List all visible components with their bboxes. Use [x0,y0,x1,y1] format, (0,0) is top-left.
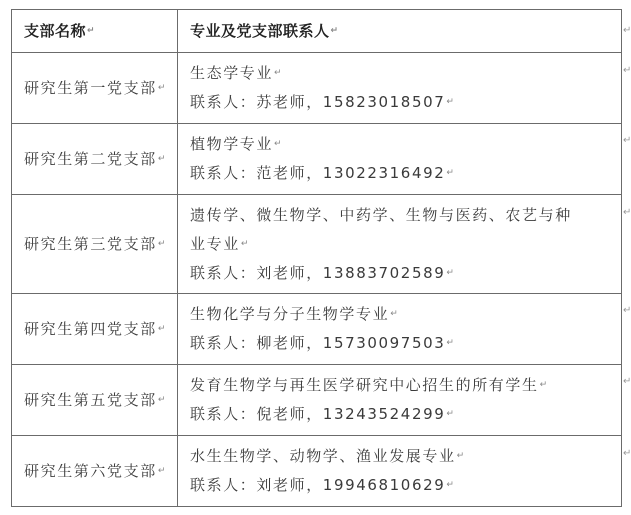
paragraph-mark-icon: ↵ [446,97,454,107]
paragraph-mark-icon: ↵ [446,409,454,419]
paragraph-mark-icon: ↵ [274,139,282,149]
majors-text: 植物学专业 [190,135,273,153]
header-branch-name: 支部名称↵ [12,10,178,53]
contact-line: 联系人：柳老师，15730097503↵ [190,329,615,358]
contact-text: 联系人：范老师，13022316492 [190,164,445,182]
paragraph-mark-icon: ↵ [331,26,339,36]
row-end-mark-icon: ↵ [623,26,631,36]
contact-line: 联系人：范老师，13022316492↵ [190,159,615,188]
paragraph-mark-icon: ↵ [446,168,454,178]
table-header-row: 支部名称↵ 专业及党支部联系人↵ [12,10,622,53]
contact-line: 联系人：刘老师，13883702589↵ [190,259,615,288]
majors-line: 水生生物学、动物学、渔业发展专业↵ [190,442,615,471]
contact-line: 联系人：倪老师，13243524299↵ [190,400,615,429]
row-end-mark-icon: ↵ [623,377,631,387]
paragraph-mark-icon: ↵ [446,338,454,348]
branch-name: 研究生第二党支部 [24,150,157,168]
majors-line: 发育生物学与再生医学研究中心招生的所有学生↵ [190,371,615,400]
branch-name-cell: 研究生第一党支部↵ [12,53,178,124]
paragraph-mark-icon: ↵ [274,68,282,78]
paragraph-mark-icon: ↵ [446,268,454,278]
header-branch-name-text: 支部名称 [24,22,86,40]
majors-text: 业专业 [190,235,240,253]
row-end-mark-icon: ↵ [623,66,631,76]
paragraph-mark-icon: ↵ [158,466,166,476]
paragraph-mark-icon: ↵ [241,239,249,249]
paragraph-mark-icon: ↵ [158,395,166,405]
branch-name: 研究生第一党支部 [24,79,157,97]
branch-name-cell: 研究生第五党支部↵ [12,365,178,436]
contact-text: 联系人：柳老师，15730097503 [190,334,445,352]
majors-line-1: 遗传学、微生物学、中药学、生物与医药、农艺与种 [190,201,615,230]
majors-text: 水生生物学、动物学、渔业发展专业 [190,447,456,465]
row-end-mark-icon: ↵ [623,449,631,459]
branch-contact-table: 支部名称↵ 专业及党支部联系人↵ 研究生第一党支部↵ 生态学专业↵ 联系人：苏老… [11,9,622,507]
paragraph-mark-icon: ↵ [158,324,166,334]
major-contact-cell: 生物化学与分子生物学专业↵ 联系人：柳老师，15730097503↵ [178,294,622,365]
major-contact-cell: 植物学专业↵ 联系人：范老师，13022316492↵ [178,124,622,195]
table-row: 研究生第六党支部↵ 水生生物学、动物学、渔业发展专业↵ 联系人：刘老师，1994… [12,436,622,507]
majors-line: 植物学专业↵ [190,130,615,159]
paragraph-mark-icon: ↵ [540,380,548,390]
table-row: 研究生第四党支部↵ 生物化学与分子生物学专业↵ 联系人：柳老师，15730097… [12,294,622,365]
paragraph-mark-icon: ↵ [158,154,166,164]
table-row: 研究生第三党支部↵ 遗传学、微生物学、中药学、生物与医药、农艺与种 业专业↵ 联… [12,195,622,294]
contact-line: 联系人：刘老师，19946810629↵ [190,471,615,500]
majors-line-2: 业专业↵ [190,230,615,259]
contact-text: 联系人：刘老师，19946810629 [190,476,445,494]
paragraph-mark-icon: ↵ [390,309,398,319]
branch-name-cell: 研究生第四党支部↵ [12,294,178,365]
branch-name-cell: 研究生第三党支部↵ [12,195,178,294]
majors-line: 生态学专业↵ [190,59,615,88]
table-row: 研究生第一党支部↵ 生态学专业↵ 联系人：苏老师，15823018507↵ [12,53,622,124]
majors-line: 生物化学与分子生物学专业↵ [190,300,615,329]
majors-text: 发育生物学与再生医学研究中心招生的所有学生 [190,376,539,394]
paragraph-mark-icon: ↵ [446,480,454,490]
major-contact-cell: 发育生物学与再生医学研究中心招生的所有学生↵ 联系人：倪老师，132435242… [178,365,622,436]
header-major-contact: 专业及党支部联系人↵ [178,10,622,53]
branch-name-cell: 研究生第二党支部↵ [12,124,178,195]
row-end-mark-icon: ↵ [623,306,631,316]
major-contact-cell: 水生生物学、动物学、渔业发展专业↵ 联系人：刘老师，19946810629↵ [178,436,622,507]
row-end-mark-icon: ↵ [623,208,631,218]
majors-text: 生物化学与分子生物学专业 [190,305,389,323]
contact-line: 联系人：苏老师，15823018507↵ [190,88,615,117]
paragraph-mark-icon: ↵ [158,83,166,93]
row-end-mark-icon: ↵ [623,136,631,146]
branch-name: 研究生第六党支部 [24,462,157,480]
header-major-contact-text: 专业及党支部联系人 [190,22,330,40]
contact-text: 联系人：刘老师，13883702589 [190,264,445,282]
branch-name: 研究生第四党支部 [24,320,157,338]
paragraph-mark-icon: ↵ [158,239,166,249]
major-contact-cell: 遗传学、微生物学、中药学、生物与医药、农艺与种 业专业↵ 联系人：刘老师，138… [178,195,622,294]
majors-text: 生态学专业 [190,64,273,82]
paragraph-mark-icon: ↵ [87,26,95,36]
table-row: 研究生第五党支部↵ 发育生物学与再生医学研究中心招生的所有学生↵ 联系人：倪老师… [12,365,622,436]
major-contact-cell: 生态学专业↵ 联系人：苏老师，15823018507↵ [178,53,622,124]
table-row: 研究生第二党支部↵ 植物学专业↵ 联系人：范老师，13022316492↵ [12,124,622,195]
branch-name: 研究生第三党支部 [24,235,157,253]
contact-text: 联系人：苏老师，15823018507 [190,93,445,111]
paragraph-mark-icon: ↵ [457,451,465,461]
branch-name: 研究生第五党支部 [24,391,157,409]
contact-text: 联系人：倪老师，13243524299 [190,405,445,423]
branch-name-cell: 研究生第六党支部↵ [12,436,178,507]
